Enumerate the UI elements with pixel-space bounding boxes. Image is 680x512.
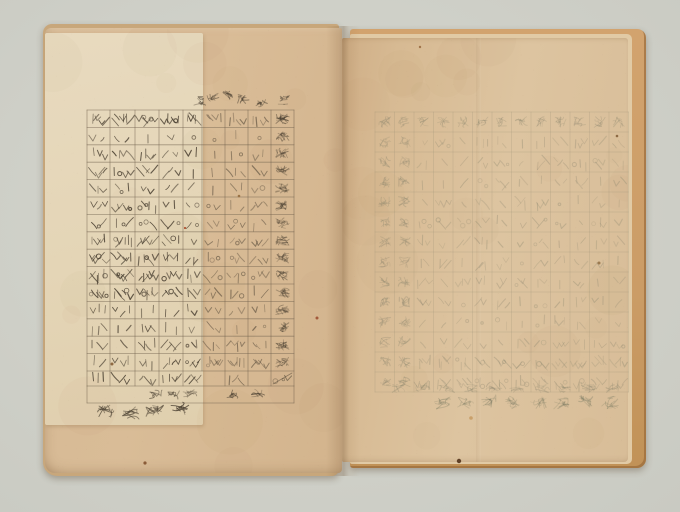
left-page-overlay-sheet <box>45 33 203 425</box>
right-page <box>342 38 628 462</box>
photo-backdrop <box>0 0 680 512</box>
gutter-shadow <box>326 26 360 476</box>
right-page-fold-shading <box>476 38 481 462</box>
booklet <box>0 0 680 512</box>
left-page <box>45 28 342 473</box>
